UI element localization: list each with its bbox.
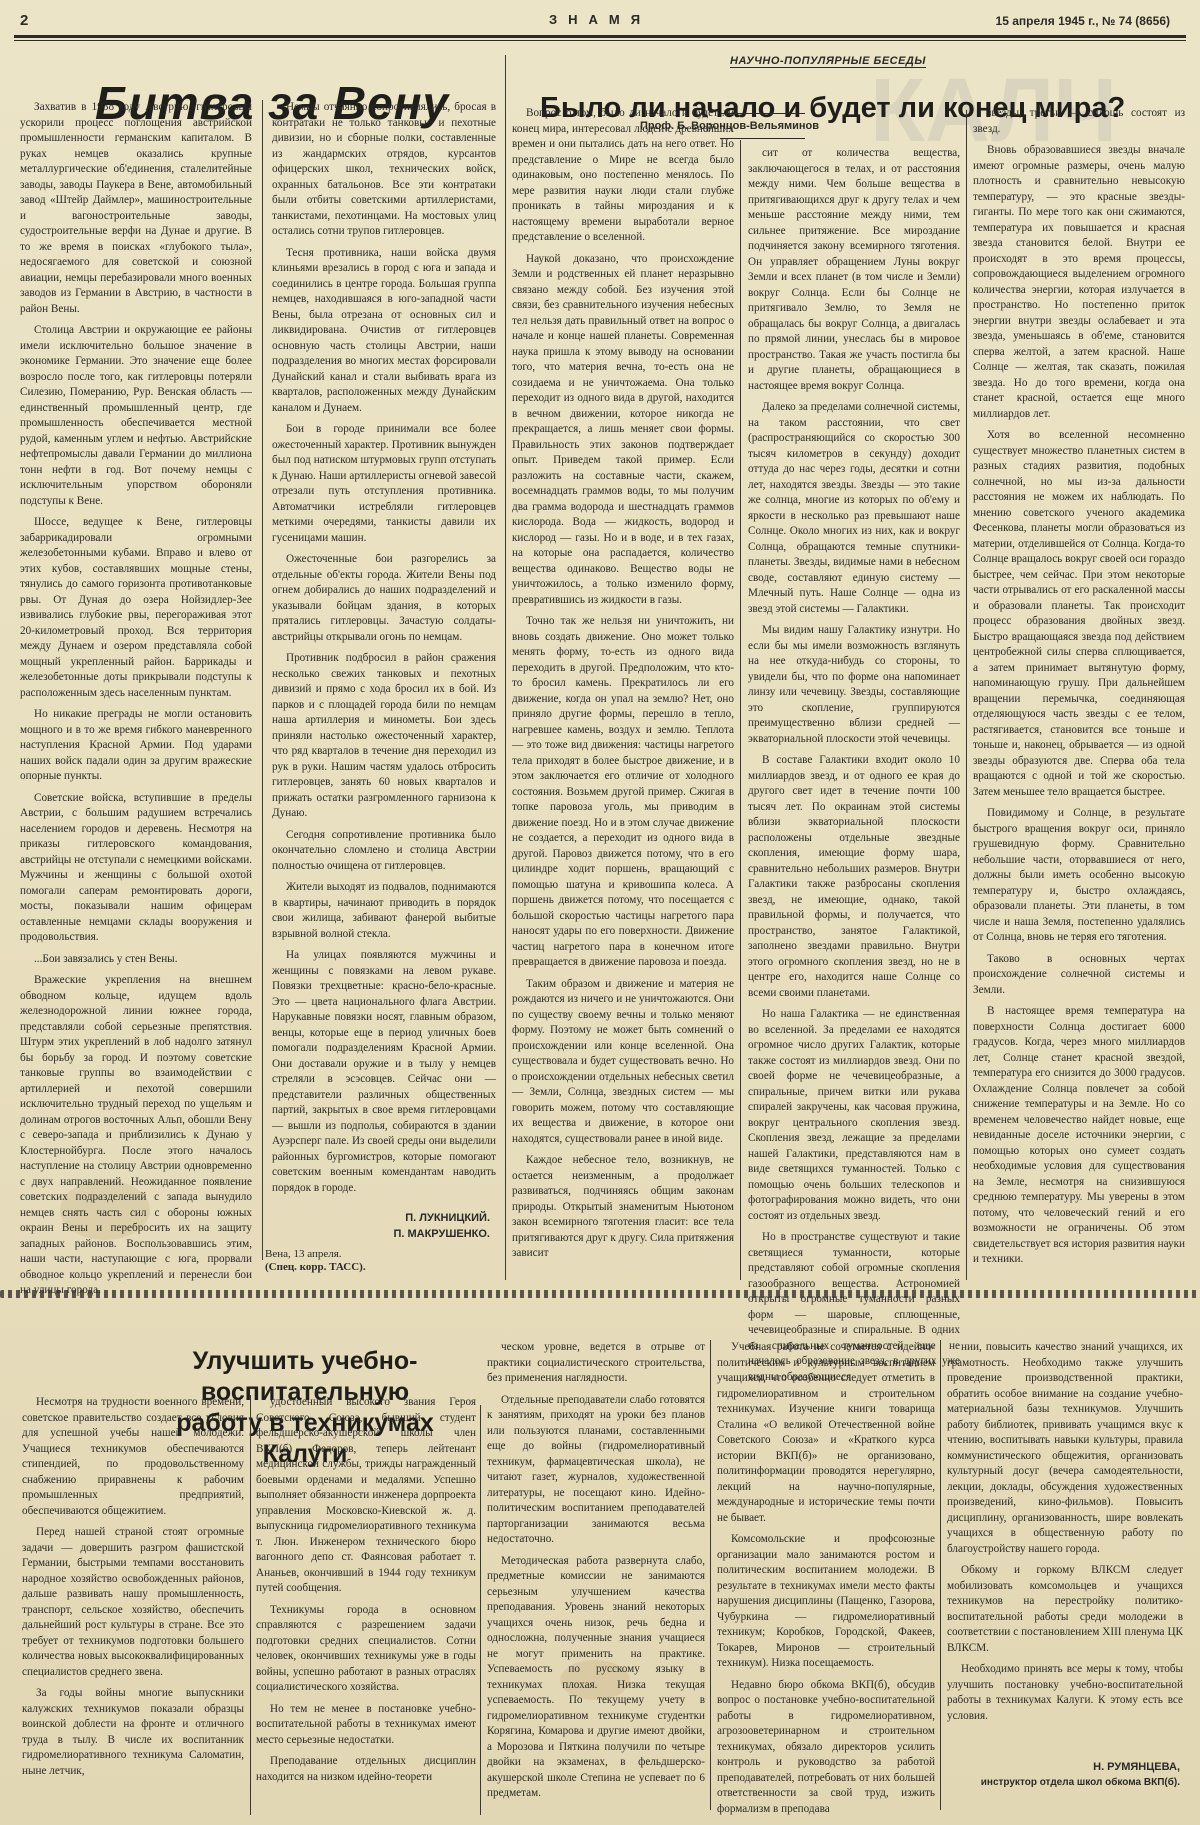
kaluga-column-4: Учебная работа не сочетается с идейно-по… (717, 1340, 935, 1823)
paragraph: Хотя во вселенной несомненно существует … (973, 428, 1185, 800)
paragraph: Комсомольские и профсоюзные организации … (717, 1532, 935, 1672)
paragraph: Бои в городе принимали все более ожесточ… (272, 422, 496, 546)
newspaper-page: КАЛЧ 2 ЗНАМЯ 15 апреля 1945 г., № 74 (86… (0, 0, 1200, 1825)
issue-line: 15 апреля 1945 г., № 74 (8656) (996, 14, 1170, 28)
column-divider (966, 110, 967, 1280)
paragraph: Но наша Галактика — не единственная во в… (748, 1007, 960, 1224)
paragraph: звезды, третьи — сплошь состоят из звезд… (973, 106, 1185, 137)
column-divider (262, 100, 263, 1260)
kaluga-signature: Н. РУМЯНЦЕВА, инструктор отдела школ обк… (980, 1760, 1180, 1790)
vienna-authors: П. ЛУКНИЦКИЙ. П. МАКРУШЕНКО. (320, 1210, 490, 1242)
paragraph: Преподавание отдельных дисциплин находит… (256, 1754, 476, 1785)
paragraph: ческом уровне, ведется в отрыве от практ… (487, 1340, 705, 1387)
paragraph: Обкому и горкому ВЛКСМ следует мобилизов… (947, 1563, 1183, 1656)
column-divider (250, 1395, 251, 1815)
masthead-rule-thin (14, 40, 1186, 41)
masthead-rule (14, 35, 1186, 38)
paragraph: Столица Австрии и окружающие ее районы и… (20, 323, 252, 509)
author-name: П. МАКРУШЕНКО. (320, 1226, 490, 1242)
world-column-1: Вопрос о том, было ли начало и будет ли … (512, 106, 734, 1268)
author-name: Н. РУМЯНЦЕВА, (980, 1760, 1180, 1775)
paragraph: Наукой доказано, что происхождение Земли… (512, 252, 734, 609)
column-divider (940, 1340, 941, 1810)
paragraph: Отдельные преподаватели слабо готовятся … (487, 1393, 705, 1548)
paragraph: Немцы отчаянно сопротивлялись, бросая в … (272, 100, 496, 240)
paragraph: Перед нашей страной стоят огромные задач… (22, 1525, 244, 1680)
author-title: инструктор отдела школ обкома ВКП(б). (980, 1775, 1180, 1790)
kaluga-column-3: ческом уровне, ведется в отрыве от практ… (487, 1340, 705, 1808)
world-column-2: сит от количества вещества, заключающего… (748, 146, 960, 1391)
paragraph: ...Бои завязались у стен Вены. (20, 952, 252, 968)
paragraph: За годы войны многие выпускники калужски… (22, 1686, 244, 1779)
paragraph: Необходимо принять все меры к тому, чтоб… (947, 1662, 1183, 1724)
paragraph: нии, повысить качество знаний учащихся, … (947, 1340, 1183, 1557)
paragraph: Повидимому и Солнце, в результате быстро… (973, 806, 1185, 946)
paragraph: Таково в основных чертах происхождение с… (973, 952, 1185, 999)
paragraph: Вопрос о том, было ли начало и будет ли … (512, 106, 734, 246)
paragraph: Несмотря на трудности военного времени, … (22, 1395, 244, 1519)
paragraph: Ожесточенные бои разгорелись за отдельны… (272, 552, 496, 645)
masthead: 2 ЗНАМЯ 15 апреля 1945 г., № 74 (8656) (0, 0, 1200, 40)
section-divider (505, 55, 506, 1280)
paragraph: Вновь образовавшиеся звезды вначале имею… (973, 143, 1185, 422)
paragraph: Вражеские укрепления на внешнем обводном… (20, 973, 252, 1299)
paragraph: Учебная работа не сочетается с идейно-по… (717, 1340, 935, 1526)
paragraph: Но тем не менее в постановке учебно-восп… (256, 1702, 476, 1749)
kaluga-column-1: Несмотря на трудности военного времени, … (22, 1395, 244, 1785)
paragraph: Точно так же нельзя ни уничтожить, ни вн… (512, 614, 734, 971)
paragraph: В составе Галактики входит около 10 милл… (748, 753, 960, 1001)
paragraph: Захватив в 1938 году Австрию, гитлеровцы… (20, 100, 252, 317)
paragraph: Но никакие преграды не могли остановить … (20, 707, 252, 785)
section-separator (0, 1290, 1200, 1298)
paragraph: удостоенный высокого звания Героя Советс… (256, 1395, 476, 1597)
paragraph: Жители выходят из подвалов, поднимаются … (272, 880, 496, 942)
paragraph: Техникумы города в основном справляются … (256, 1603, 476, 1696)
paragraph: Шоссе, ведущее к Вене, гитлеровцы забарр… (20, 515, 252, 701)
column-divider (480, 1405, 481, 1815)
section-kicker: НАУЧНО-ПОПУЛЯРНЫЕ БЕСЕДЫ (730, 55, 926, 68)
vienna-column-1: Захватив в 1938 году Австрию, гитлеровцы… (20, 100, 252, 1305)
column-divider (740, 140, 741, 1280)
paragraph: В настоящее время температура на поверхн… (973, 1004, 1185, 1268)
kaluga-column-5: нии, повысить качество знаний учащихся, … (947, 1340, 1183, 1730)
agency-text: (Спец. корр. ТАСС). (265, 1261, 366, 1274)
column-divider (710, 1340, 711, 1810)
paragraph: Мы видим нашу Галактику изнутри. Но если… (748, 623, 960, 747)
author-name: П. ЛУКНИЦКИЙ. (320, 1210, 490, 1226)
paragraph: Советские войска, вступившие в пределы А… (20, 791, 252, 946)
paragraph: Каждое небесное тело, возникнув, не оста… (512, 1153, 734, 1262)
paragraph: сит от количества вещества, заключающего… (748, 146, 960, 394)
paragraph: Таким образом и движение и материя не ро… (512, 977, 734, 1148)
kaluga-column-2: удостоенный высокого звания Героя Советс… (256, 1395, 476, 1791)
vienna-dateline: Вена, 13 апреля. (Спец. корр. ТАСС). (265, 1248, 366, 1274)
paragraph: На улицах появляются мужчины и женщины с… (272, 948, 496, 1196)
world-column-3: звезды, третьи — сплошь состоят из звезд… (973, 106, 1185, 1274)
dateline-text: Вена, 13 апреля. (265, 1248, 366, 1261)
paragraph: Недавно бюро обкома ВКП(б), обсудив вопр… (717, 1678, 935, 1818)
vienna-column-2: Немцы отчаянно сопротивлялись, бросая в … (272, 100, 496, 1202)
paragraph: Тесня противника, наши войска двумя клин… (272, 246, 496, 417)
paragraph: Сегодня сопротивление противника было ок… (272, 828, 496, 875)
paragraph: Методическая работа развернута слабо, пр… (487, 1554, 705, 1802)
paragraph: Противник подбросил в район сражения нес… (272, 651, 496, 822)
paragraph: Далеко за пределами солнечной системы, н… (748, 400, 960, 617)
